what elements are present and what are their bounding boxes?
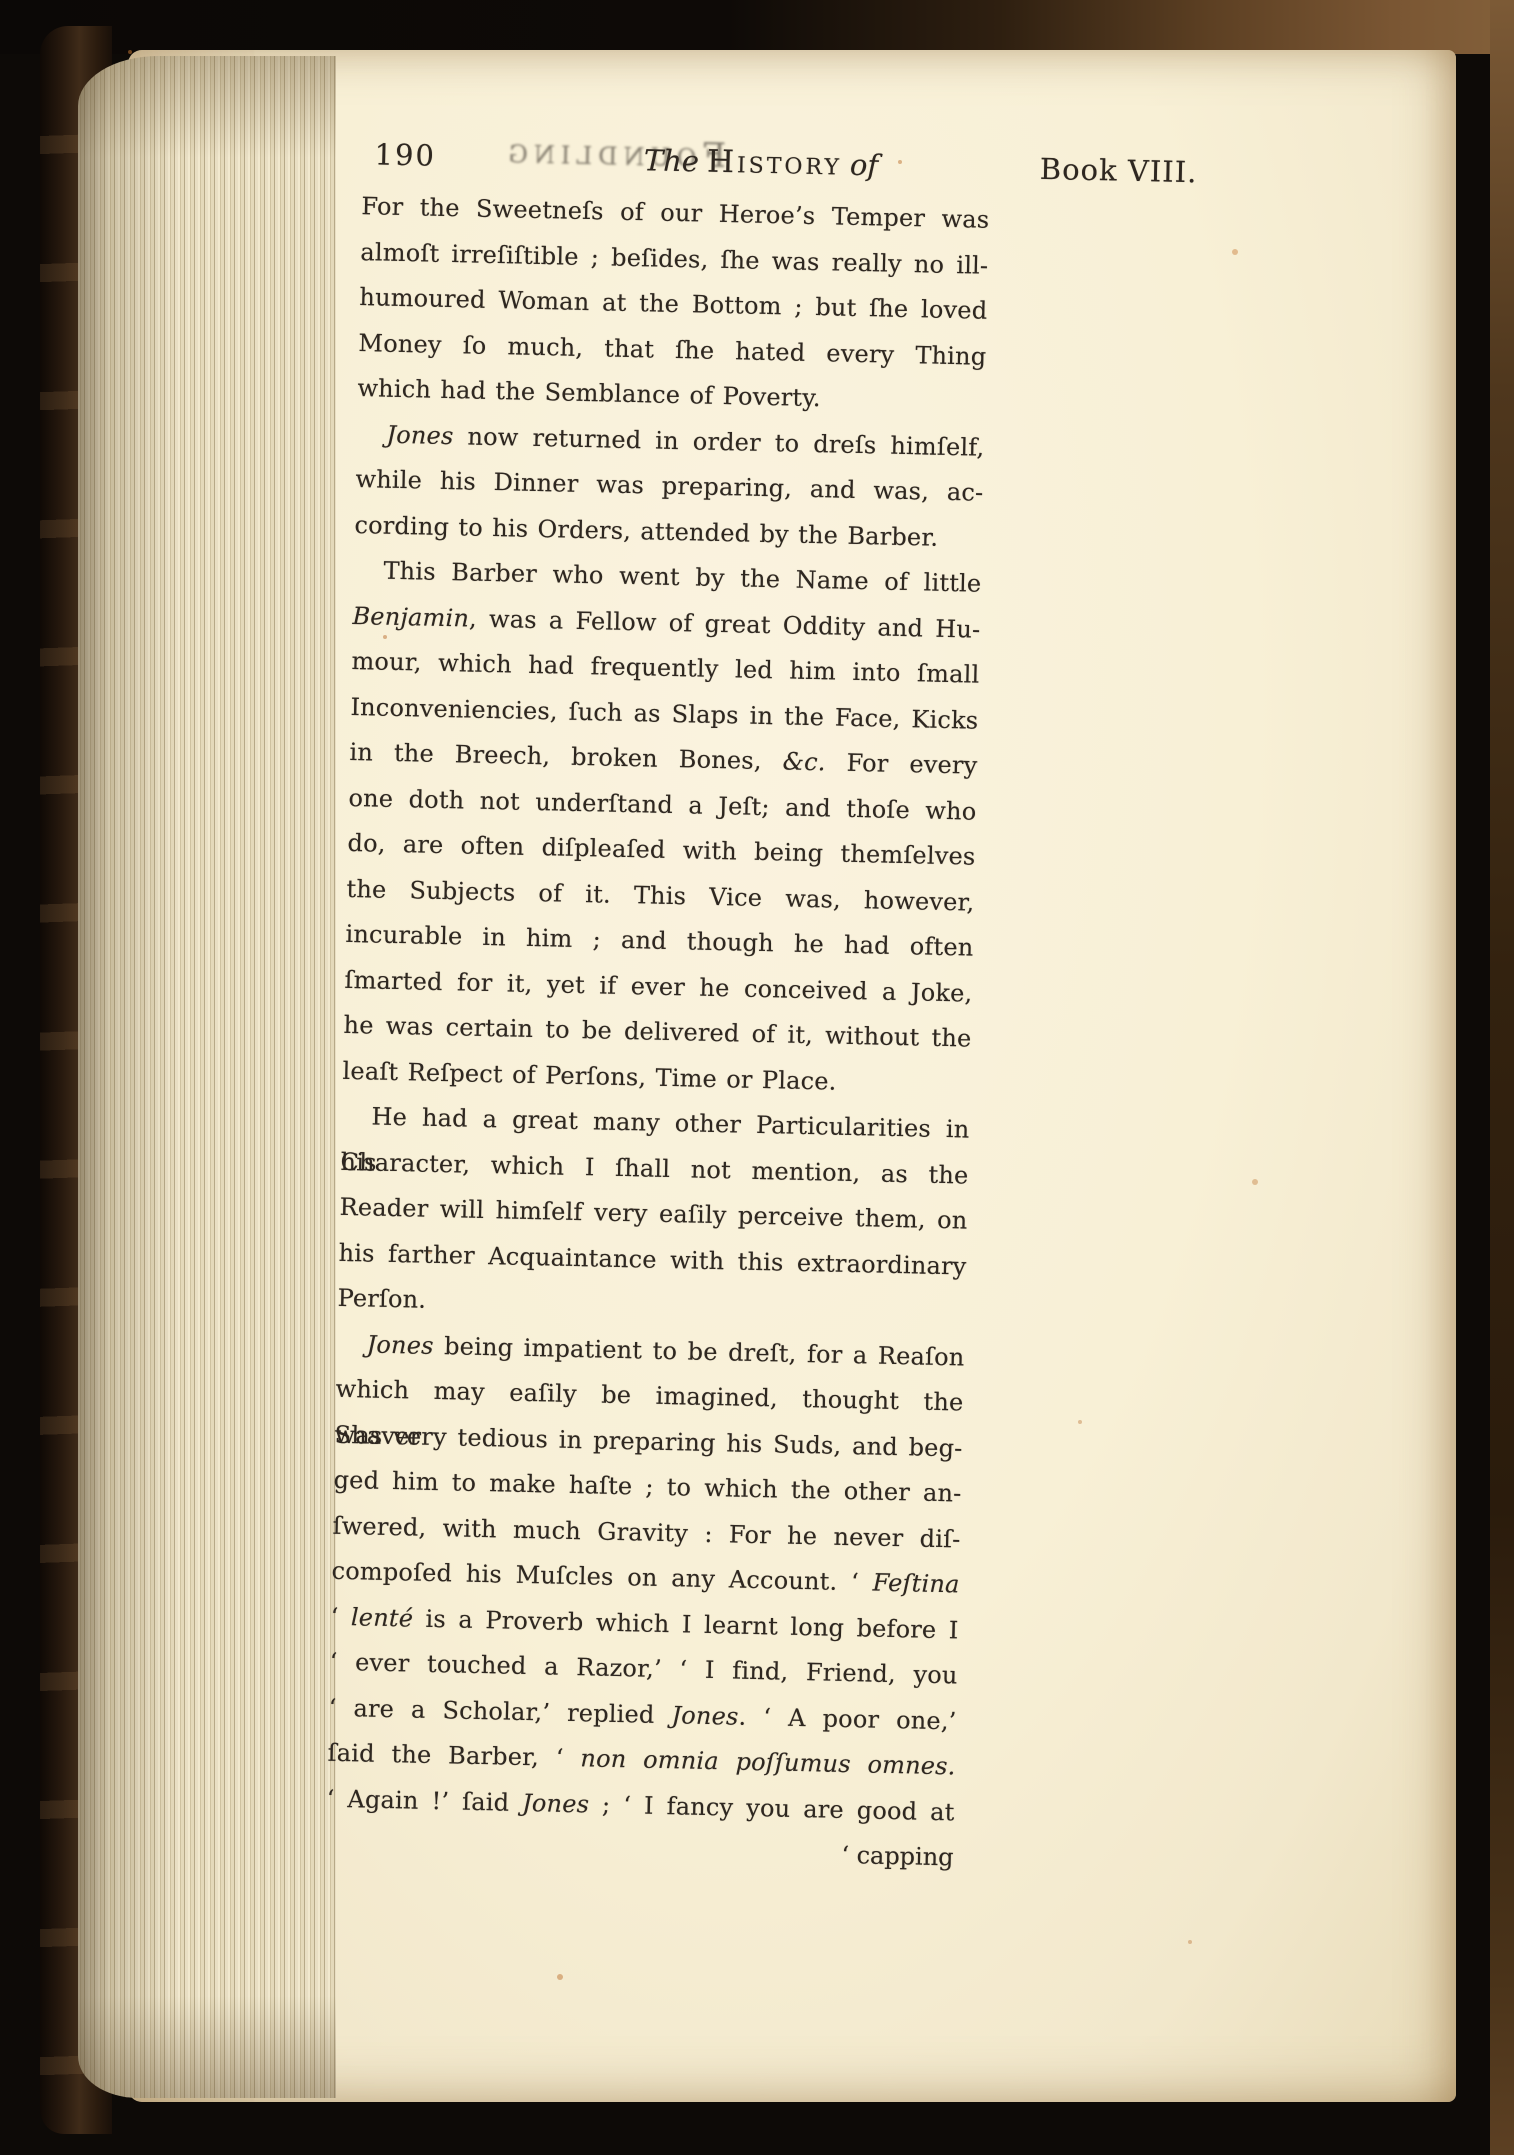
text-segment: in the Breech, broken Bones,: [349, 738, 783, 775]
text-segment: For the Sweetneſs of our Heroe’s Temper …: [361, 192, 989, 234]
text-segment: ſaid the Barber, ‘: [327, 1739, 580, 1773]
text-segment: Perſon.: [337, 1284, 426, 1314]
text-segment: non omnia poſſumus omnes.: [580, 1744, 956, 1780]
text-segment: was very tedious in preparing his Suds, …: [334, 1420, 962, 1462]
foxing-spots: [128, 50, 132, 54]
paragraph: This Barber who went by the Name of litt…: [342, 548, 982, 1108]
text-segment: now returned in order to dreſs himſelf,: [453, 422, 984, 462]
text-segment: &c.: [782, 747, 826, 776]
text-segment: he was certain to be delivered of it, wi…: [343, 1011, 971, 1053]
book-scan: Foundling 190 TheHistoryof Book VIII. Fo…: [0, 0, 1514, 2155]
page-body: For the Sweetneſs of our Heroe’s Temper …: [326, 184, 990, 1835]
text-segment: ged him to make haſte ; to which the oth…: [333, 1466, 961, 1508]
text-segment: Feſtina: [872, 1569, 960, 1599]
show-through-ghost: Foundling: [502, 131, 726, 176]
text-segment: Reader will himſelf very eaſily perceive…: [339, 1193, 967, 1235]
text-segment: ſmarted for it, yet if ever he conceived…: [344, 965, 972, 1007]
text-segment: . ‘ A poor one,’: [738, 1702, 957, 1735]
text-segment: compoſed his Muſcles on any Account. ‘: [331, 1557, 873, 1597]
page-text-block: Foundling 190 TheHistoryof Book VIII. Fo…: [325, 136, 1198, 1885]
text-segment: incurable in him ; and though he had oft…: [345, 920, 973, 962]
text-segment: which had the Semblance of Poverty.: [357, 374, 821, 412]
text-segment: mour, which had frequently led him into …: [351, 647, 979, 689]
text-segment: ‘ are a Scholar,’ replied: [328, 1693, 671, 1728]
text-segment: Money ſo much, that ſhe hated every Thin…: [358, 329, 986, 371]
text-segment: is a Proverb which I learnt long before …: [413, 1604, 959, 1644]
text-segment: , was a Fellow of great Oddity and Hu-: [469, 604, 981, 643]
text-segment: the Subjects of it. This Vice was, howev…: [346, 874, 974, 916]
book-cover-right-edge: [1490, 0, 1514, 2155]
text-segment: Jones: [366, 1330, 434, 1359]
text-segment: ‘: [330, 1602, 351, 1630]
text-segment: Inconveniencies, ſuch as Slaps in the Fa…: [350, 692, 978, 734]
catchword: ‘ capping: [841, 1841, 954, 1871]
text-segment: cording to his Orders, attended by the B…: [354, 511, 938, 552]
book-cover-top-edge: [0, 0, 1514, 54]
text-segment: ‘ ever touched a Razor,’ ‘ I find, Frien…: [329, 1648, 957, 1690]
text-segment: being impatient to be dreſt, for a Reaſo…: [433, 1331, 964, 1371]
text-segment: For every: [825, 748, 977, 779]
text-segment: ſwered, with much Gravity : For he never…: [332, 1511, 960, 1553]
paragraph: Jones being impatient to be dreſt, for a…: [326, 1321, 965, 1835]
text-segment: Character, which I ſhall not mention, as…: [340, 1147, 968, 1189]
text-segment: Jones: [522, 1788, 590, 1817]
text-segment: do, are often diſpleaſed with being them…: [347, 829, 975, 871]
paragraph: Jones now returned in order to dreſs him…: [354, 412, 985, 562]
text-segment: leaſt Reſpect of Perſons, Time or Place.: [342, 1056, 837, 1095]
book-number: Book VIII.: [997, 150, 1198, 190]
text-segment: Jones: [671, 1701, 739, 1730]
paragraph: He had a great many other Particularitie…: [337, 1094, 970, 1335]
text-segment: while his Dinner was preparing, and was,…: [355, 465, 983, 507]
text-segment: his farther Acquaintance with this extra…: [338, 1238, 966, 1280]
text-segment: one doth not underſtand a Jeſt; and thoſ…: [348, 783, 976, 825]
running-title-history: History: [707, 144, 843, 183]
paragraph: For the Sweetneſs of our Heroe’s Temper …: [357, 184, 990, 425]
text-segment: Jones: [386, 420, 454, 449]
text-segment: ; ‘ I fancy you are good at: [589, 1790, 955, 1826]
running-title-of: of: [850, 148, 879, 183]
page-edges-stack: [78, 56, 336, 2098]
text-segment: lenté: [351, 1603, 414, 1632]
text-segment: humoured Woman at the Bottom ; but ſhe l…: [359, 283, 987, 325]
text-segment: ‘ Again !’ ſaid: [326, 1784, 522, 1816]
text-segment: This Barber who went by the Name of litt…: [383, 557, 981, 598]
text-segment: almoſt irreſiſtible ; beſides, ſhe was r…: [360, 238, 988, 280]
text-segment: Benjamin: [352, 601, 469, 632]
